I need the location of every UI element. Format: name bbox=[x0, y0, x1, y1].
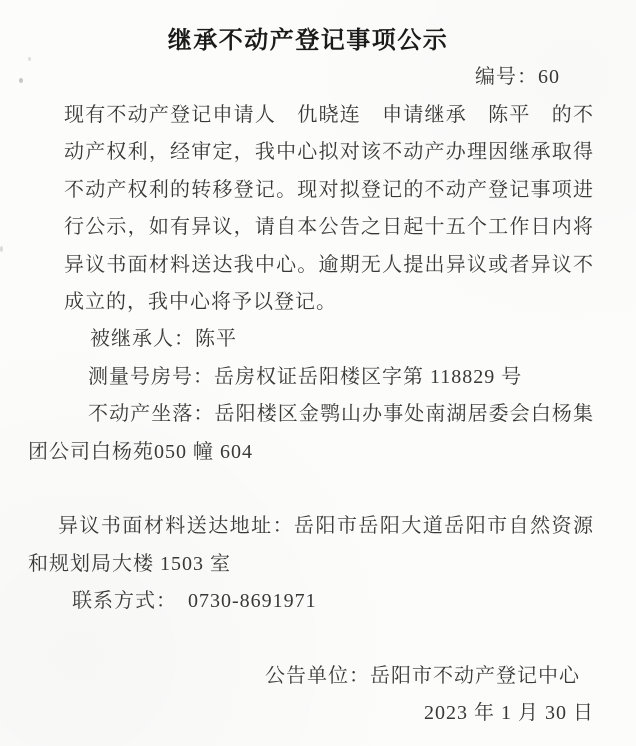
property-location-line: 不动产坐落：岳阳楼区金鹗山办事处南湖居委会白杨集 bbox=[88, 396, 594, 433]
objection-address-line: 异议书面材料送达地址：岳阳市岳阳大道岳阳市自然资源 bbox=[58, 508, 594, 545]
date-line: 2023 年 1 月 30 日 bbox=[64, 695, 594, 732]
property-location-line: 团公司白杨苑050 幢 604 bbox=[28, 434, 594, 471]
blank-line bbox=[64, 620, 594, 657]
notice-body: 现有不动产登记申请人 仇晓连 申请继承 陈平 的不 动产权利，经审定，我中心拟对… bbox=[64, 97, 594, 733]
blank-line bbox=[64, 471, 594, 508]
survey-number-line: 测量号房号：岳房权证岳阳楼区字第 118829 号 bbox=[88, 359, 594, 396]
doc-number: 编号：60 bbox=[0, 57, 636, 97]
paragraph-line: 行公示，如有异议，请自本公告之日起十五个工作日内将 bbox=[64, 209, 594, 246]
paragraph-line: 现有不动产登记申请人 仇晓连 申请继承 陈平 的不 bbox=[64, 97, 594, 134]
paragraph-line: 成立的，我中心将予以登记。 bbox=[64, 284, 594, 321]
inheritance-notice-document: 继承不动产登记事项公示 编号：60 现有不动产登记申请人 仇晓连 申请继承 陈平… bbox=[0, 0, 636, 746]
contact-line: 联系方式： 0730-8691971 bbox=[72, 583, 594, 620]
objection-address-line: 和规划局大楼 1503 室 bbox=[28, 546, 594, 583]
paragraph-line: 动产权利，经审定，我中心拟对该不动产办理因继承取得 bbox=[64, 134, 594, 171]
scan-speck bbox=[19, 78, 23, 83]
issuer-line: 公告单位：岳阳市不动产登记中心 bbox=[64, 658, 594, 695]
scan-speck bbox=[28, 57, 31, 61]
paragraph-line: 不动产权利的转移登记。现对拟登记的不动产登记事项进 bbox=[64, 172, 594, 209]
heir-line: 被继承人：陈平 bbox=[90, 321, 594, 358]
scan-speck bbox=[0, 246, 3, 252]
paragraph-line: 异议书面材料送达我中心。逾期无人提出异议或者异议不 bbox=[64, 247, 594, 284]
notice-title: 继承不动产登记事项公示 bbox=[0, 0, 636, 57]
